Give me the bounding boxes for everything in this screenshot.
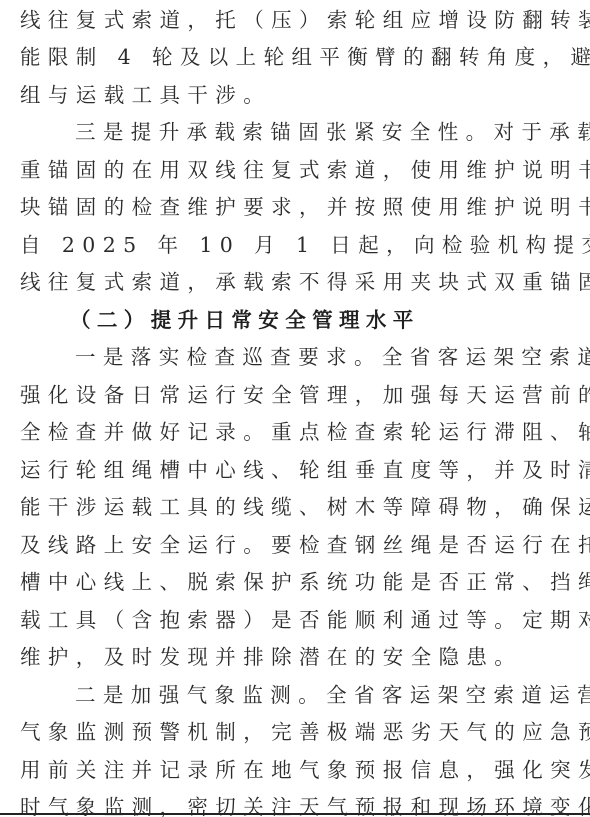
text-line: 块锚固的检查维护要求，并按照使用维护说明书开展检查维护。 xyxy=(20,192,590,222)
text-line: 自 2025 年 10 月 1 日起，向检验机构提交设计文件鉴定的新建双 xyxy=(20,230,590,260)
text-line: 气象监测预警机制，完善极端恶劣天气的应急预案，每日投入使 xyxy=(20,717,590,747)
paragraph-start-line: 三是提升承载索锚固张紧安全性。对于承载索采用夹块式双 xyxy=(75,117,590,147)
text-line: 载工具（含抱索器）是否能顺利通过等。定期对设备进行检查与 xyxy=(20,605,590,635)
text-line: 全检查并做好记录。重点检查索轮运行滞阻、轴承异响、钢丝绳 xyxy=(20,417,590,447)
document-page: 线往复式索道，托（压）索轮组应增设防翻转装置，该装置至少 能限制 4 轮及以上轮… xyxy=(0,0,590,815)
text-line: 组与运载工具干涉。 xyxy=(20,80,271,110)
text-line: 用前关注并记录所在地气象预报信息，强化突发大风、雷电等实 xyxy=(20,755,590,785)
page-bottom-border xyxy=(0,813,590,815)
text-line: 能干涉运载工具的线缆、树木等障碍物，确保运载工具在索轮组 xyxy=(20,492,590,522)
section-heading: （二）提升日常安全管理水平 xyxy=(70,305,420,335)
text-line: 槽中心线上、脱索保护系统功能是否正常、挡绳板有无变形、运 xyxy=(20,567,590,597)
text-line: 维护，及时发现并排除潜在的安全隐患。 xyxy=(20,642,522,672)
text-line: 能限制 4 轮及以上轮组平衡臂的翻转角度，避免脱索后翻转的轮 xyxy=(20,42,590,72)
text-line: 重锚固的在用双线往复式索道，使用维护说明书应明确承载索夹 xyxy=(20,155,590,185)
text-line: 运行轮组绳槽中心线、轮组垂直度等，并及时清除运行通道中可 xyxy=(20,455,590,485)
text-line: 强化设备日常运行安全管理，加强每天运营前的试运行和例行安 xyxy=(20,380,590,410)
text-line: 线往复式索道，托（压）索轮组应增设防翻转装置，该装置至少 xyxy=(20,5,590,35)
paragraph-start-line: 二是加强气象监测。全省客运架空索道运营使用单位要建立 xyxy=(75,680,590,710)
paragraph-start-line: 一是落实检查巡查要求。全省客运架空索道运营使用单位要 xyxy=(75,342,590,372)
text-line: 线往复式索道，承载索不得采用夹块式双重锚固。 xyxy=(20,267,590,297)
text-line: 及线路上安全运行。要检查钢丝绳是否运行在托（压）索轮的绳 xyxy=(20,530,590,560)
